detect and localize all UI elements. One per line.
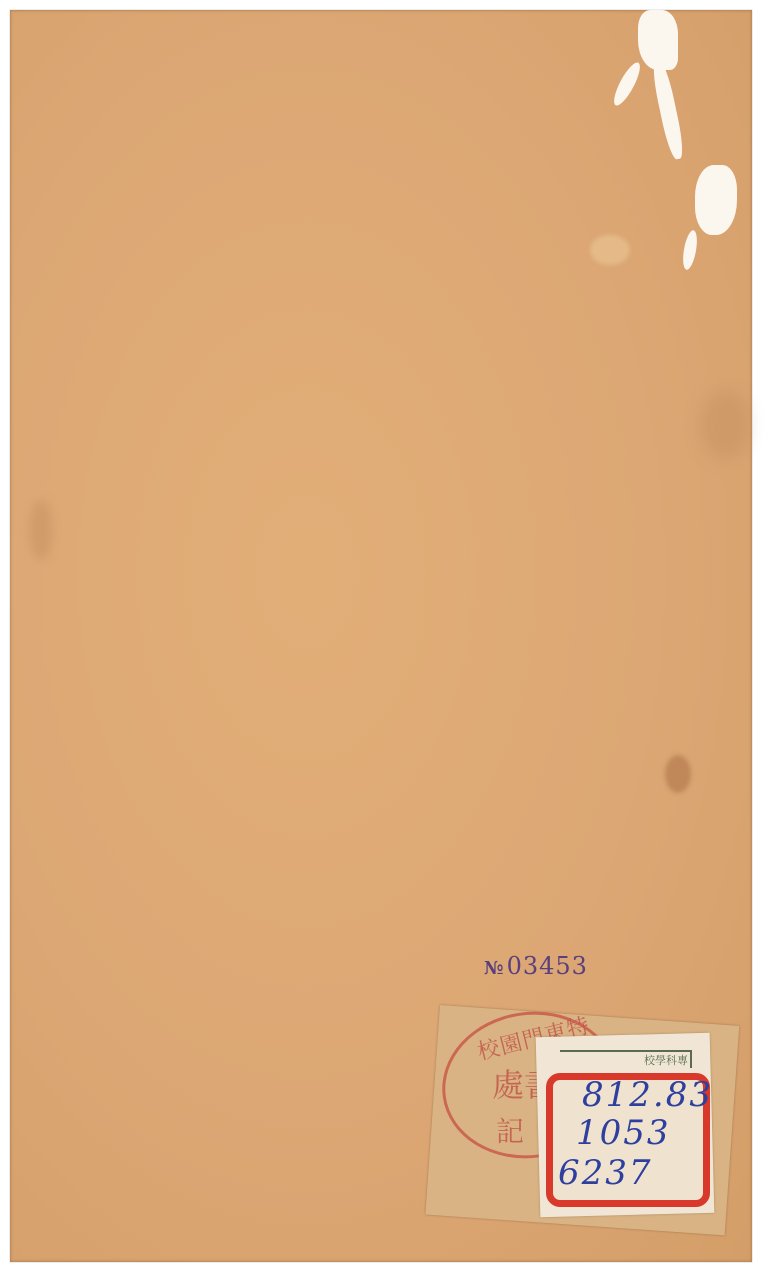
accession-value: 03453 [507, 952, 588, 980]
paper-tear-right [695, 165, 737, 235]
call-number-line-3: 6237 [558, 1156, 653, 1190]
stain-right-edge [700, 390, 750, 460]
stain-mark [590, 235, 630, 265]
stain-spot [665, 755, 691, 793]
call-number-line-2: 1053 [576, 1116, 671, 1150]
accession-prefix: № [484, 958, 505, 979]
stamp-bottom-text: 記 [496, 1110, 524, 1150]
label-header-text: 校學科專 [560, 1050, 692, 1068]
stain-left-edge [30, 500, 52, 560]
accession-number: №03453 [484, 952, 588, 980]
call-number-line-1: 812.83 [582, 1078, 713, 1112]
